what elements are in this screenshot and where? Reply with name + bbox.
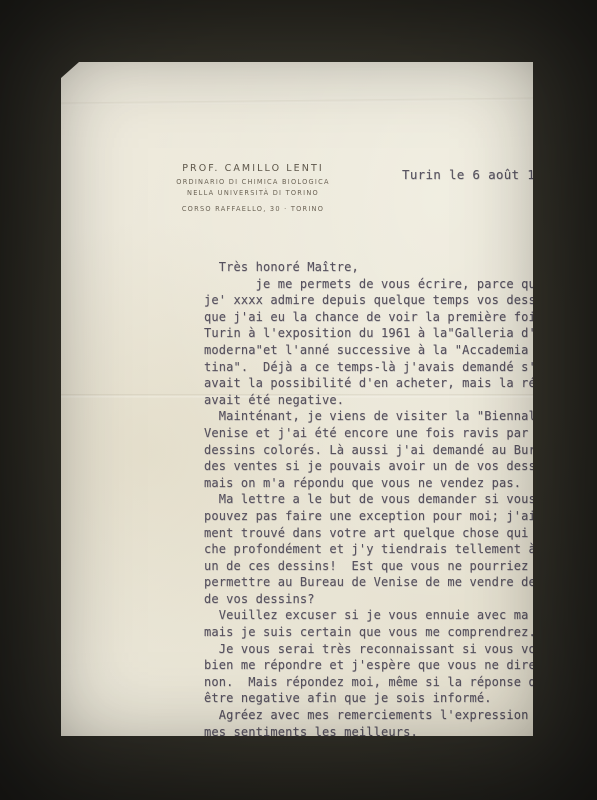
letterhead-title-line1: ORDINARIO DI CHIMICA BIOLOGICA <box>171 178 335 186</box>
signature-ink-icon <box>382 742 588 793</box>
body-line: che profondément et j'y tiendrais tellem… <box>204 541 587 558</box>
paper-crease <box>61 98 533 106</box>
body-line: Très honoré Maître, <box>204 259 587 276</box>
body-line: mais on m'a répondu que vous ne vendez p… <box>204 475 587 492</box>
signature <box>382 742 588 793</box>
body-line: Turin à l'exposition du 1961 à la"Galler… <box>204 325 587 342</box>
date-line: Turin le 6 août 1964 <box>402 167 559 182</box>
body-line: des ventes si je pouvais avoir un de vos… <box>204 458 587 475</box>
body-line: mais je suis certain que vous me compren… <box>204 624 587 641</box>
body-line: Veuillez excuser si je vous ennuie avec … <box>204 607 587 624</box>
letter-body: Très honoré Maître, je me permets de vou… <box>204 259 587 740</box>
body-line: Mainténant, je viens de visiter la "Bien… <box>204 408 587 425</box>
body-line: moderna"et l'anné successive à la "Accad… <box>204 342 587 359</box>
body-line: pouvez pas faire une exception pour moi;… <box>204 508 587 525</box>
body-line: bien me répondre et j'espère que vous ne… <box>204 657 587 674</box>
body-line: que j'ai eu la chance de voir la premièr… <box>204 309 587 326</box>
body-line: Agréez avec mes remerciements l'expressi… <box>204 707 587 724</box>
body-line: avait été negative. <box>204 392 587 409</box>
body-line: dessins colorés. Là aussi j'ai demandé a… <box>204 442 587 459</box>
body-line: Je vous serai très reconnaissant si vous… <box>204 641 587 658</box>
body-line: Venise et j'ai été encore une fois ravis… <box>204 425 587 442</box>
body-line: de vos dessins? <box>204 591 587 608</box>
body-line: je' xxxx admire depuis quelque temps vos… <box>204 292 587 309</box>
letterhead: PROF. CAMILLO LENTI ORDINARIO DI CHIMICA… <box>171 163 335 213</box>
body-line: tina". Déjà a ce temps-là j'avais demand… <box>204 359 587 376</box>
body-line: permettre au Bureau de Venise de me vend… <box>204 574 587 591</box>
body-line: je me permets de vous écrire, parce que <box>204 276 587 293</box>
letterhead-name: PROF. CAMILLO LENTI <box>171 163 335 174</box>
body-line: être negative afin que je sois informé. <box>204 690 587 707</box>
body-line: Ma lettre a le but de vous demander si v… <box>204 491 587 508</box>
body-line: un de ces dessins! Est que vous ne pourr… <box>204 558 587 575</box>
letter-page: PROF. CAMILLO LENTI ORDINARIO DI CHIMICA… <box>61 62 533 736</box>
body-line: avait la possibilité d'en acheter, mais … <box>204 375 587 392</box>
body-line: ment trouvé dans votre art quelque chose… <box>204 525 587 542</box>
letterhead-address: CORSO RAFFAELLO, 30 · TORINO <box>171 205 335 213</box>
photo-backdrop: PROF. CAMILLO LENTI ORDINARIO DI CHIMICA… <box>0 0 597 800</box>
body-line: mes sentiments les meilleurs. <box>204 724 587 741</box>
letterhead-title-line2: NELLA UNIVERSITÀ DI TORINO <box>171 189 335 197</box>
body-line: non. Mais répondez moi, même si la répon… <box>204 674 587 691</box>
